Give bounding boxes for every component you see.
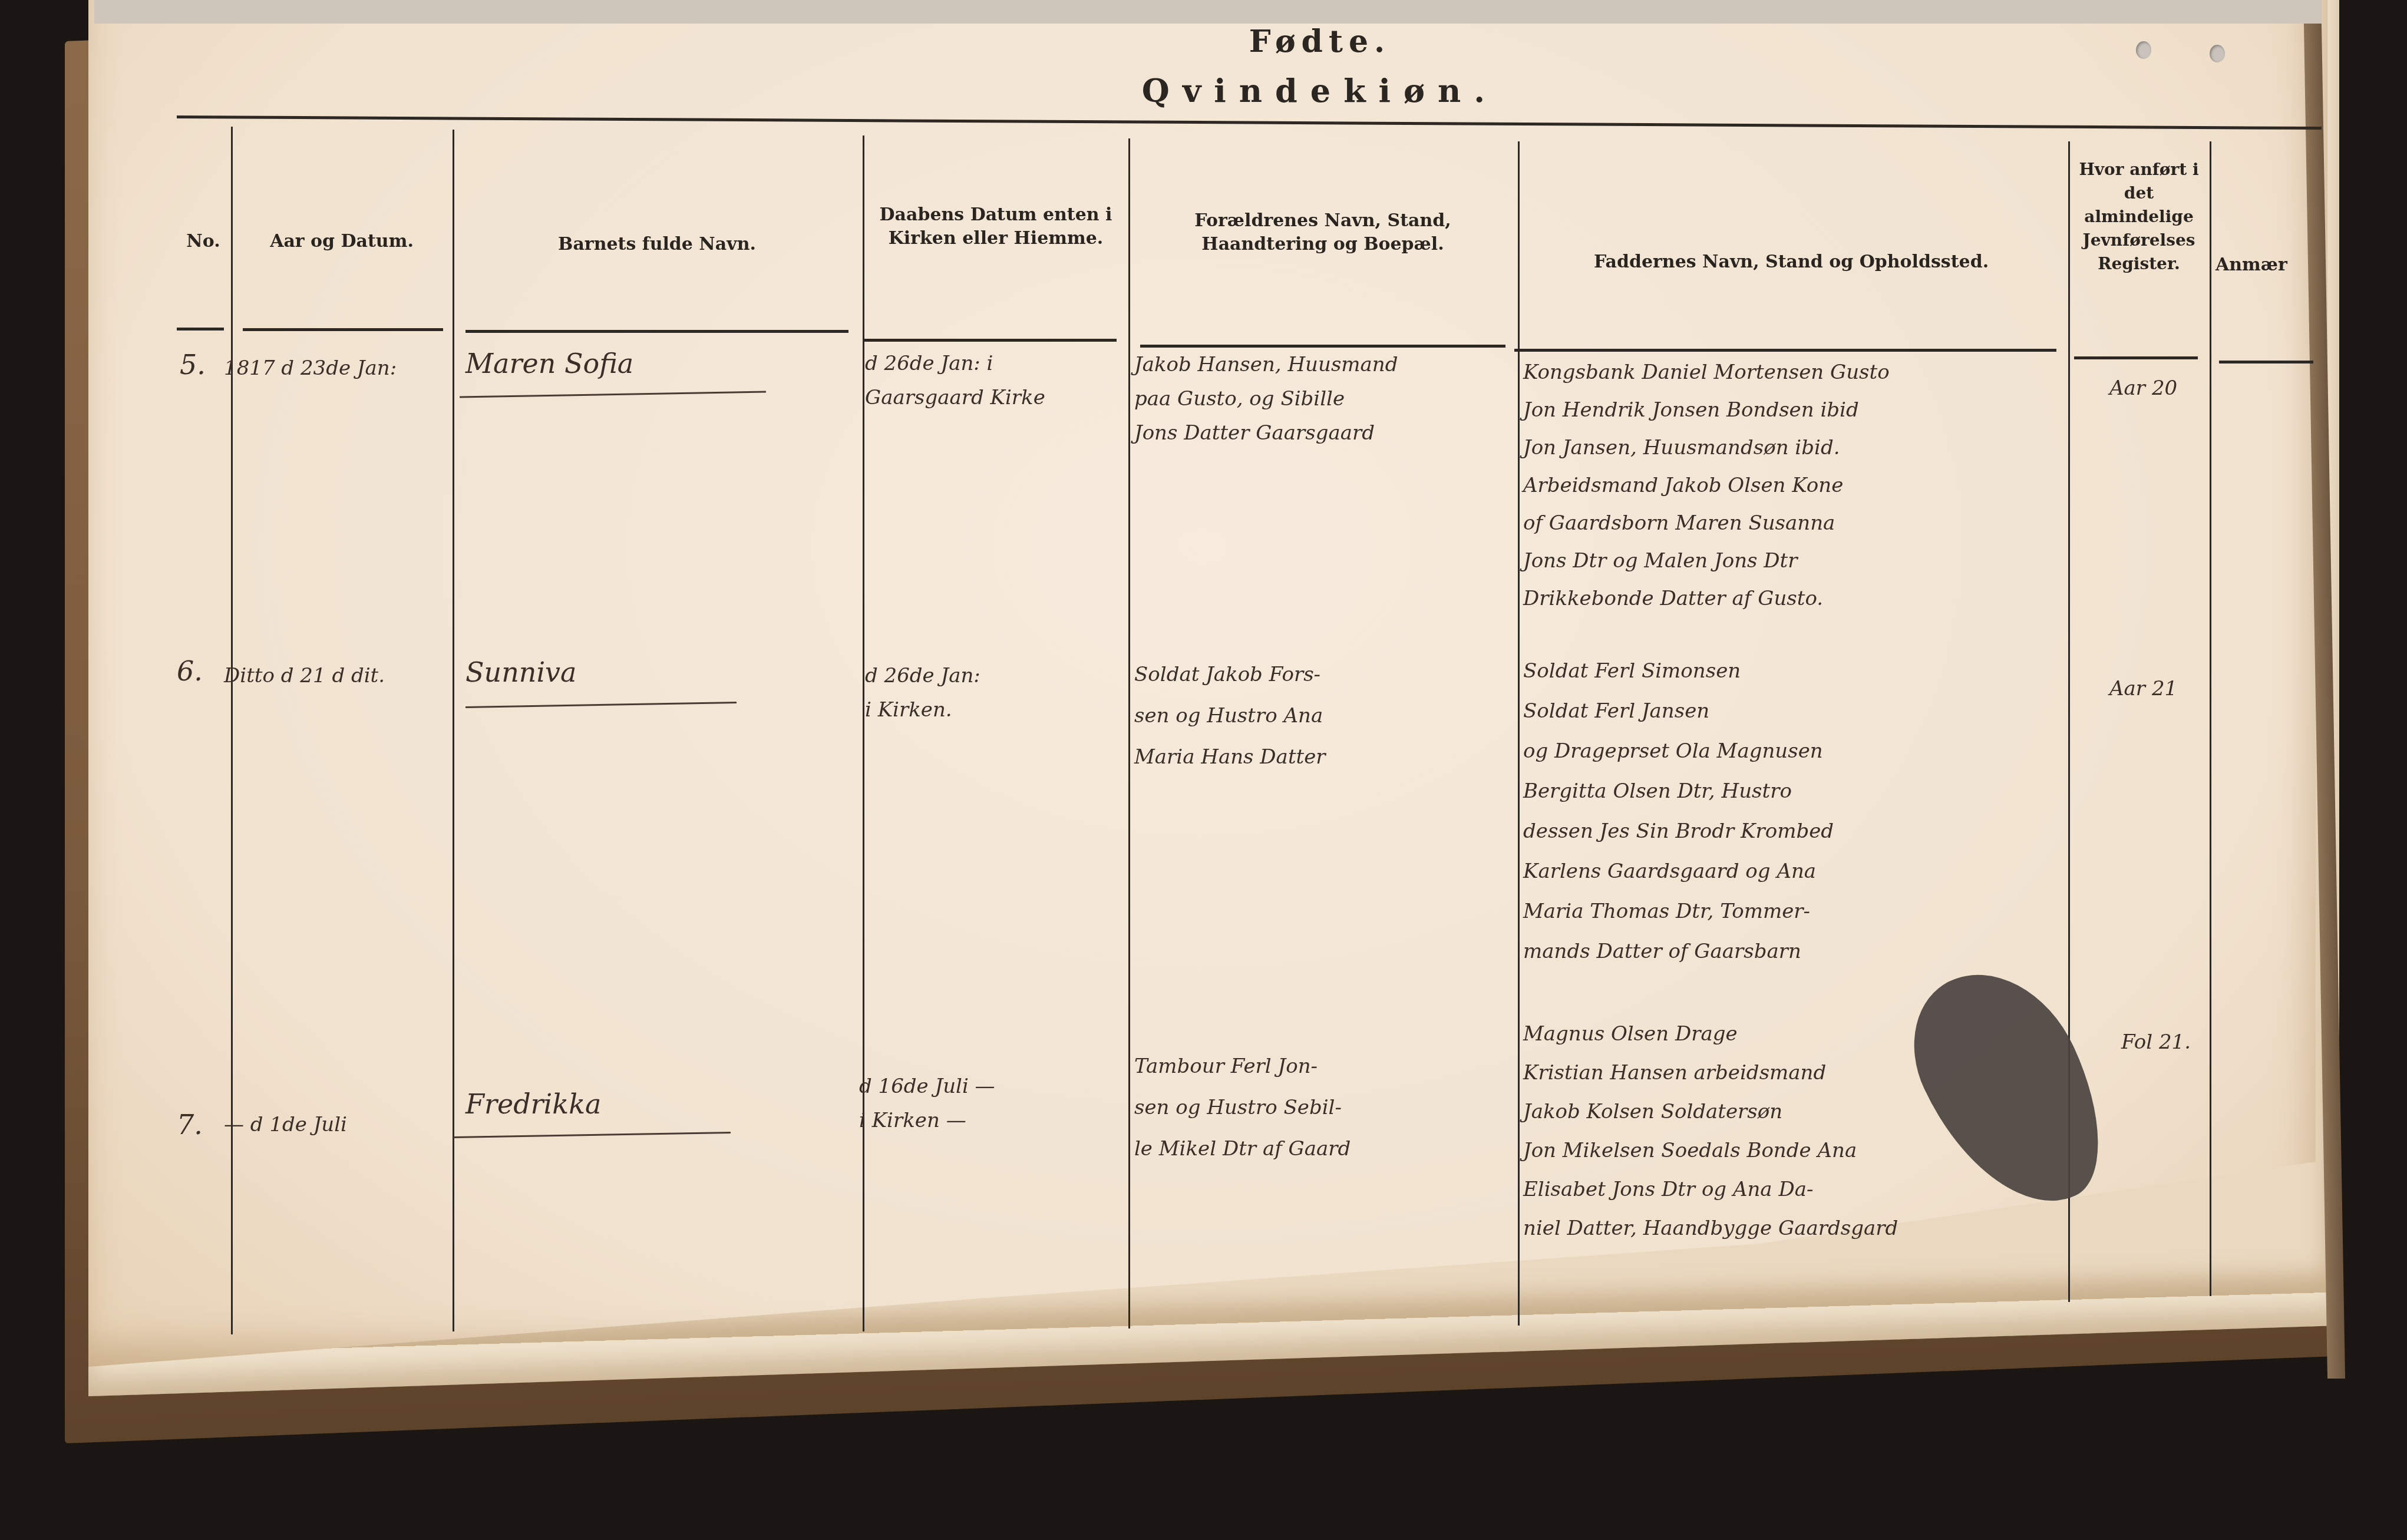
entry-date: Ditto d 21 d dit. <box>224 659 454 693</box>
entry-sponsors: Soldat Ferl Simonsen Soldat Ferl Jansen … <box>1523 651 2065 971</box>
entry-parents: Jakob Hansen, Huusmand paa Gusto, og Sib… <box>1134 348 1511 450</box>
entry-date: — d 1de Juli <box>224 1108 454 1142</box>
entry-parents: Tambour Ferl Jon- sen og Hustro Sebil- l… <box>1134 1046 1511 1169</box>
entry-baptism: d 26de Jan: i Kirken. <box>865 659 1124 727</box>
header-no: No. <box>177 230 230 253</box>
page-top-strip <box>94 0 2322 24</box>
entry-register: Aar 21 <box>2109 672 2177 706</box>
header-daabens-datum: Daabens Datum enten i Kirken eller Hiemm… <box>869 203 1122 250</box>
header-aar-og-datum: Aar og Datum. <box>236 230 448 253</box>
header-rule <box>863 339 1117 342</box>
header-barnets-navn: Barnets fulde Navn. <box>460 233 854 256</box>
header-rule <box>1514 349 2056 352</box>
entry-baptism: d 26de Jan: i Gaarsgaard Kirke <box>865 346 1124 415</box>
entry-number: 5. <box>180 348 206 382</box>
entry-child-name: Maren Sofia <box>465 346 843 381</box>
header-faddernes: Faddernes Navn, Stand og Opholdssted. <box>1526 250 2056 274</box>
header-rule <box>465 330 848 333</box>
header-rule <box>2219 361 2313 363</box>
column-divider <box>1128 138 1130 1329</box>
header-rule <box>243 328 443 331</box>
column-divider <box>863 136 864 1331</box>
header-rule <box>177 328 224 331</box>
header-foraeldrenes: Forældrenes Navn, Stand, Haandtering og … <box>1140 209 1505 256</box>
entry-number: 7. <box>177 1108 203 1142</box>
entry-sponsors: Kongsbank Daniel Mortensen Gusto Jon Hen… <box>1523 353 2065 617</box>
entry-baptism: d 16de Juli — i Kirken — <box>859 1069 1124 1138</box>
header-hvor-anfort: Hvor anført i det almindelige Jevnførels… <box>2071 158 2207 276</box>
header-anmaerkninger: Anmær <box>2216 253 2322 277</box>
entry-parents: Soldat Jakob Fors- sen og Hustro Ana Mar… <box>1134 654 1511 778</box>
page-subtitle: Qvindekiøn. <box>1084 72 1556 110</box>
entry-date: 1817 d 23de Jan: <box>224 351 454 385</box>
entry-register: Aar 20 <box>2109 371 2177 405</box>
entry-number: 6. <box>177 654 203 688</box>
column-divider <box>453 130 454 1331</box>
binding-hole <box>2210 45 2225 62</box>
entry-register: Fol 21. <box>2121 1025 2191 1059</box>
entry-child-name: Sunniva <box>465 655 843 689</box>
column-divider <box>231 127 233 1334</box>
column-divider <box>1518 141 1520 1326</box>
binding-hole <box>2136 41 2151 59</box>
header-rule <box>2074 356 2198 359</box>
page-title: Fødte. <box>1202 24 1438 60</box>
entry-child-name: Fredrikka <box>465 1087 843 1121</box>
column-divider <box>2210 141 2211 1296</box>
